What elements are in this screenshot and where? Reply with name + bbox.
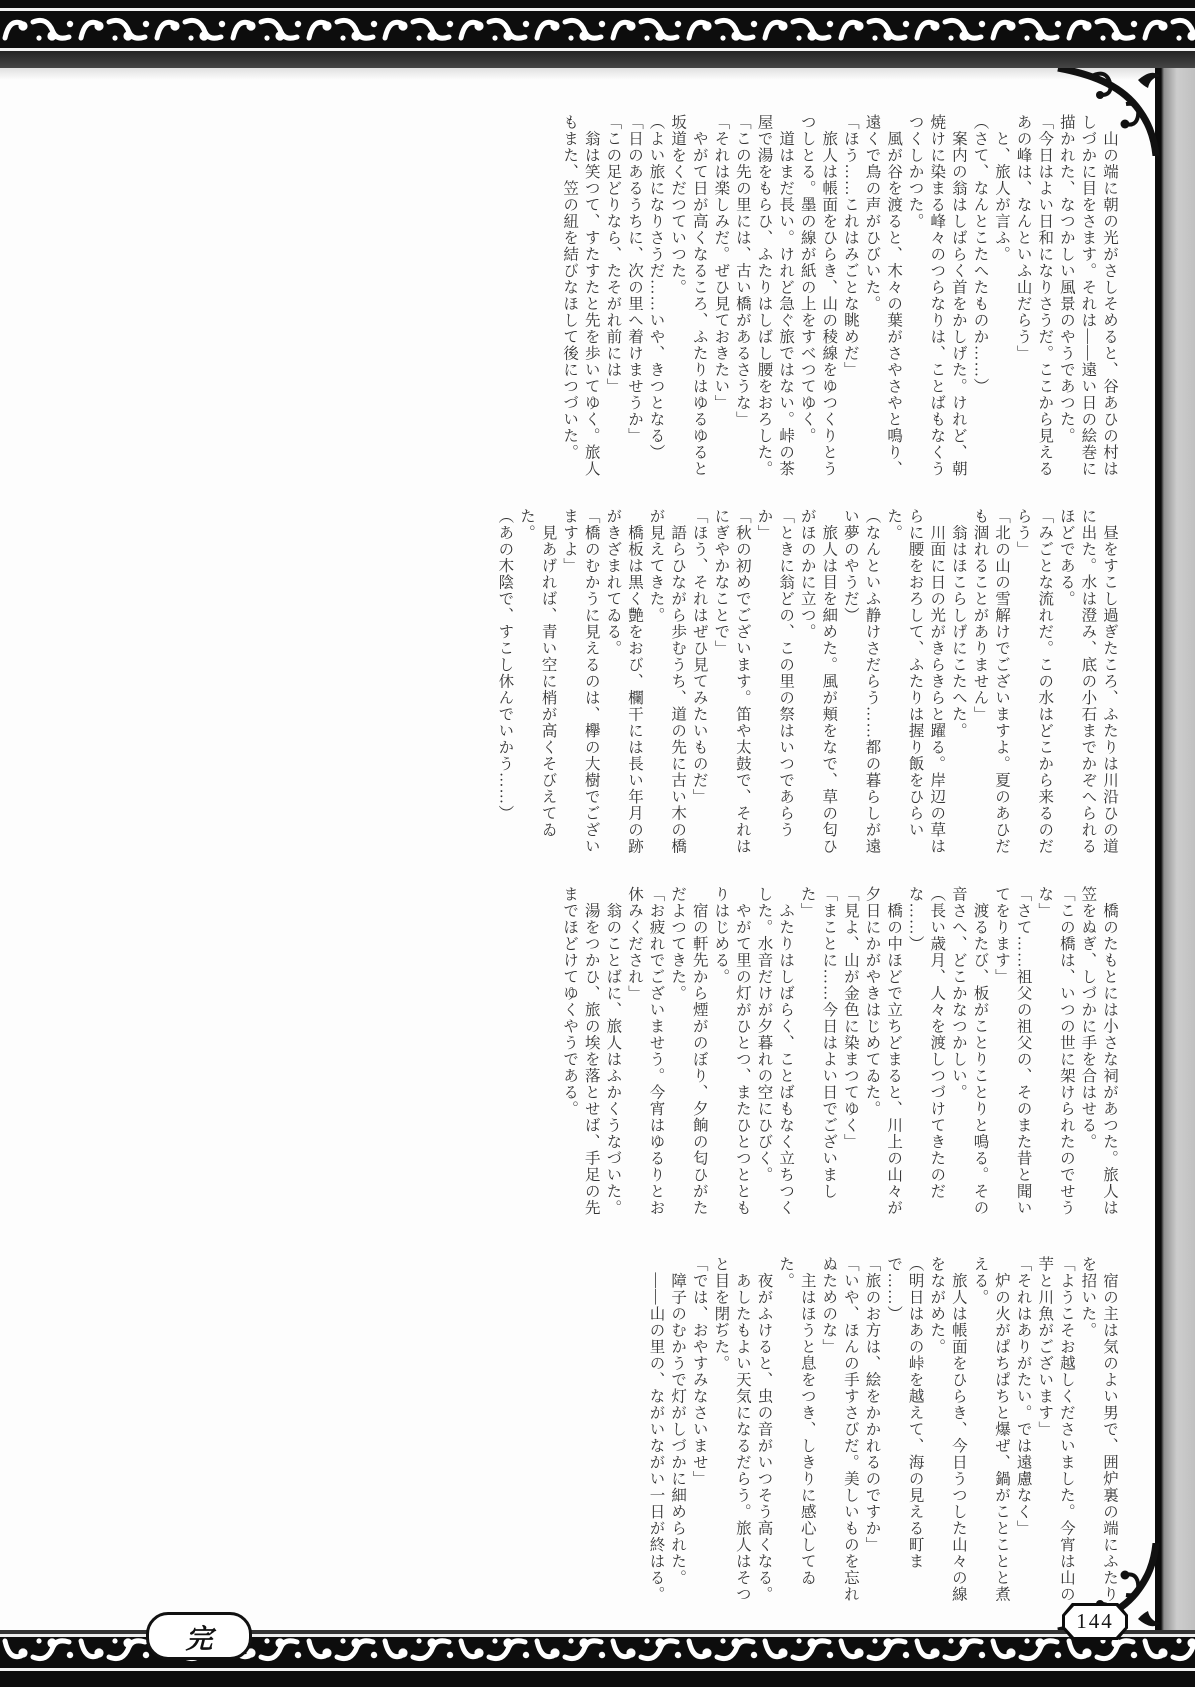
top-ornamental-border <box>0 0 1195 68</box>
text-band-4: 宿の主は気のよい男で、囲炉裏の端にふたりを招いた。 「ようこそお越しくださいまし… <box>130 1256 1120 1604</box>
scroll-ornament-band-icon <box>0 11 1195 48</box>
page-top-shadow <box>0 68 1195 80</box>
page-number: 144 <box>1076 1609 1114 1634</box>
page-number-badge: 144 <box>1062 1603 1128 1640</box>
border-line <box>0 51 1195 68</box>
text-band-3: 橋のたもとには小さな祠があつた。旅人は笠をぬぎ、しづかに手を合はせる。 「この橋… <box>130 886 1120 1230</box>
end-mark-label: 完 <box>186 1617 213 1656</box>
text-band-2: 昼をすこし過ぎたころ、ふたりは川沿ひの道に出た。水は澄み、底の小石までかぞへられ… <box>130 508 1120 858</box>
text-band-1: 山の端に朝の光がさしそめると、谷あひの村はしづかに目をさます。それは――遠い日の… <box>130 114 1120 486</box>
scanned-book-page: 山の端に朝の光がさしそめると、谷あひの村はしづかに目をさます。それは――遠い日の… <box>0 0 1195 1687</box>
page-edge-shading <box>1155 60 1195 1637</box>
end-mark: 完 <box>146 1612 252 1660</box>
corner-flourish-icon <box>1056 64 1161 156</box>
border-line <box>0 0 1195 8</box>
border-line <box>0 1671 1195 1687</box>
page-number-badge-inner: 144 <box>1065 1606 1125 1637</box>
